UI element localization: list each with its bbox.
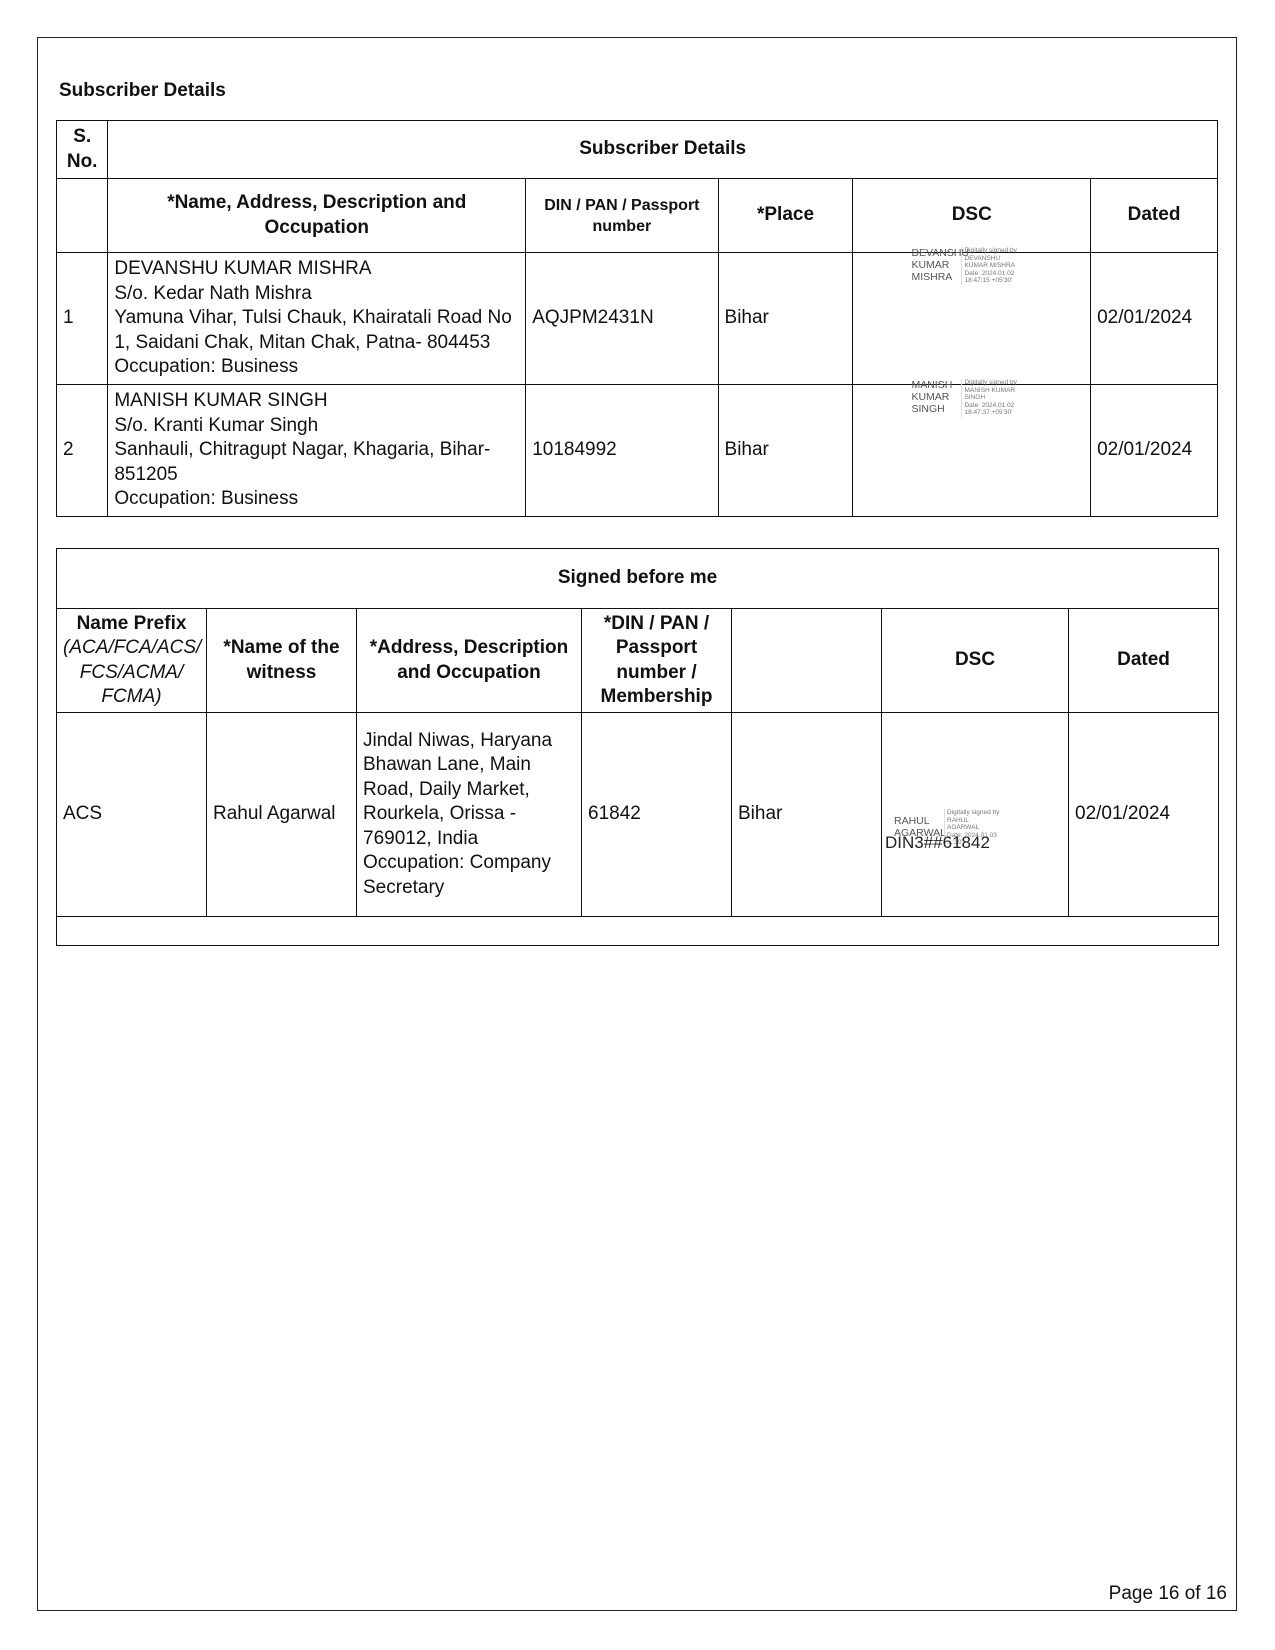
- signature-line: Digitally signed by: [964, 247, 1016, 255]
- witness-occupation: Occupation: Company Secretary: [363, 851, 575, 900]
- header-place: *Place: [718, 179, 853, 253]
- row-din: 61842: [582, 713, 732, 917]
- row-dsc: DEVANSHU KUMAR MISHRA Digitally signed b…: [853, 253, 1091, 385]
- table-row: 2 MANISH KUMAR SINGH S/o. Kranti Kumar S…: [57, 385, 1218, 517]
- subscriber-name: MANISH KUMAR SINGH: [114, 389, 519, 414]
- digital-signature[interactable]: DEVANSHU KUMAR MISHRA Digitally signed b…: [911, 247, 1016, 285]
- row-place: Bihar: [732, 713, 882, 917]
- subscriber-address: Yamuna Vihar, Tulsi Chauk, Khairatali Ro…: [114, 306, 519, 355]
- signature-line: KUMAR MISHRA: [964, 262, 1016, 270]
- digital-signature[interactable]: MANISH KUMAR SINGH Digitally signed by M…: [911, 379, 1016, 417]
- signature-line: 18:47:15 +05'30': [964, 277, 1016, 285]
- table-row: ACS Rahul Agarwal Jindal Niwas, Haryana …: [57, 713, 1219, 917]
- header-name-prefix: Name Prefix (ACA/FCA/ACS/ FCS/ACMA/ FCMA…: [57, 609, 207, 713]
- header-prefix-options: (ACA/FCA/ACS/ FCS/ACMA/ FCMA): [63, 636, 200, 710]
- signed-before-me-table: Signed before me Name Prefix (ACA/FCA/AC…: [56, 548, 1219, 946]
- signature-line: SINGH: [964, 394, 1016, 402]
- header-address: *Address, Description and Occupation: [357, 609, 582, 713]
- section-title: Subscriber Details: [59, 80, 226, 102]
- signature-signer: MANISH KUMAR SINGH: [911, 379, 961, 415]
- row-name-address: DEVANSHU KUMAR MISHRA S/o. Kedar Nath Mi…: [108, 253, 526, 385]
- subscriber-relation: S/o. Kedar Nath Mishra: [114, 282, 519, 307]
- signature-line: Digitally signed by: [947, 809, 999, 817]
- row-dsc: MANISH KUMAR SINGH Digitally signed by M…: [853, 385, 1091, 517]
- signature-line: Date: 2024.01.02: [964, 270, 1016, 278]
- subscriber-name: DEVANSHU KUMAR MISHRA: [114, 257, 519, 282]
- header-prefix-label: Name Prefix: [63, 612, 200, 637]
- signature-line: 18:47:37 +05'30': [964, 409, 1016, 417]
- table-row-empty: [57, 917, 1219, 946]
- header-place-blank: [732, 609, 882, 713]
- signature-line: Digitally signed by: [964, 379, 1016, 387]
- row-dsc: RAHUL AGARWAL Digitally signed by RAHUL …: [882, 713, 1069, 917]
- row-dated: 02/01/2024: [1069, 713, 1219, 917]
- table-row: 1 DEVANSHU KUMAR MISHRA S/o. Kedar Nath …: [57, 253, 1218, 385]
- header-dsc: DSC: [882, 609, 1069, 713]
- empty-footer-row: [57, 917, 1219, 946]
- subscriber-address: Sanhauli, Chitragupt Nagar, Khagaria, Bi…: [114, 438, 519, 487]
- witness-address: Jindal Niwas, Haryana Bhawan Lane, Main …: [363, 729, 575, 852]
- header-blank: [57, 179, 108, 253]
- header-witness-name: *Name of the witness: [207, 609, 357, 713]
- header-subscriber-details: Subscriber Details: [108, 121, 1218, 179]
- row-place: Bihar: [718, 253, 853, 385]
- header-sno: S. No.: [57, 121, 108, 179]
- signature-signer: DEVANSHU KUMAR MISHRA: [911, 247, 961, 283]
- subscriber-relation: S/o. Kranti Kumar Singh: [114, 414, 519, 439]
- row-place: Bihar: [718, 385, 853, 517]
- row-name-address: MANISH KUMAR SINGH S/o. Kranti Kumar Sin…: [108, 385, 526, 517]
- row-address: Jindal Niwas, Haryana Bhawan Lane, Main …: [357, 713, 582, 917]
- header-dated: Dated: [1091, 179, 1218, 253]
- signature-line: Date: 2024.01.02: [964, 402, 1016, 410]
- subscriber-details-table: S. No. Subscriber Details *Name, Address…: [56, 120, 1218, 517]
- subscriber-occupation: Occupation: Business: [114, 355, 519, 380]
- row-dated: 02/01/2024: [1091, 385, 1218, 517]
- row-din: 10184992: [526, 385, 718, 517]
- signature-details: Digitally signed by DEVANSHU KUMAR MISHR…: [961, 247, 1016, 285]
- row-din: AQJPM2431N: [526, 253, 718, 385]
- row-witness-name: Rahul Agarwal: [207, 713, 357, 917]
- signature-details: Digitally signed by MANISH KUMAR SINGH D…: [961, 379, 1016, 417]
- header-name-address: *Name, Address, Description and Occupati…: [108, 179, 526, 253]
- header-dated: Dated: [1069, 609, 1219, 713]
- signature-line: MANISH KUMAR: [964, 387, 1016, 395]
- row-sno: 1: [57, 253, 108, 385]
- row-sno: 2: [57, 385, 108, 517]
- header-dsc: DSC: [853, 179, 1091, 253]
- signature-line: RAHUL: [947, 817, 999, 825]
- row-dated: 02/01/2024: [1091, 253, 1218, 385]
- row-prefix: ACS: [57, 713, 207, 917]
- page-number: Page 16 of 16: [1109, 1583, 1227, 1605]
- signature-line: DEVANSHU: [964, 255, 1016, 263]
- signed-before-me-title: Signed before me: [57, 549, 1219, 609]
- subscriber-occupation: Occupation: Business: [114, 487, 519, 512]
- header-din-membership: *DIN / PAN / Passport number / Membershi…: [582, 609, 732, 713]
- header-din-pan: DIN / PAN / Passport number: [526, 179, 718, 253]
- din-overlay-text: DIN3##61842: [885, 831, 990, 856]
